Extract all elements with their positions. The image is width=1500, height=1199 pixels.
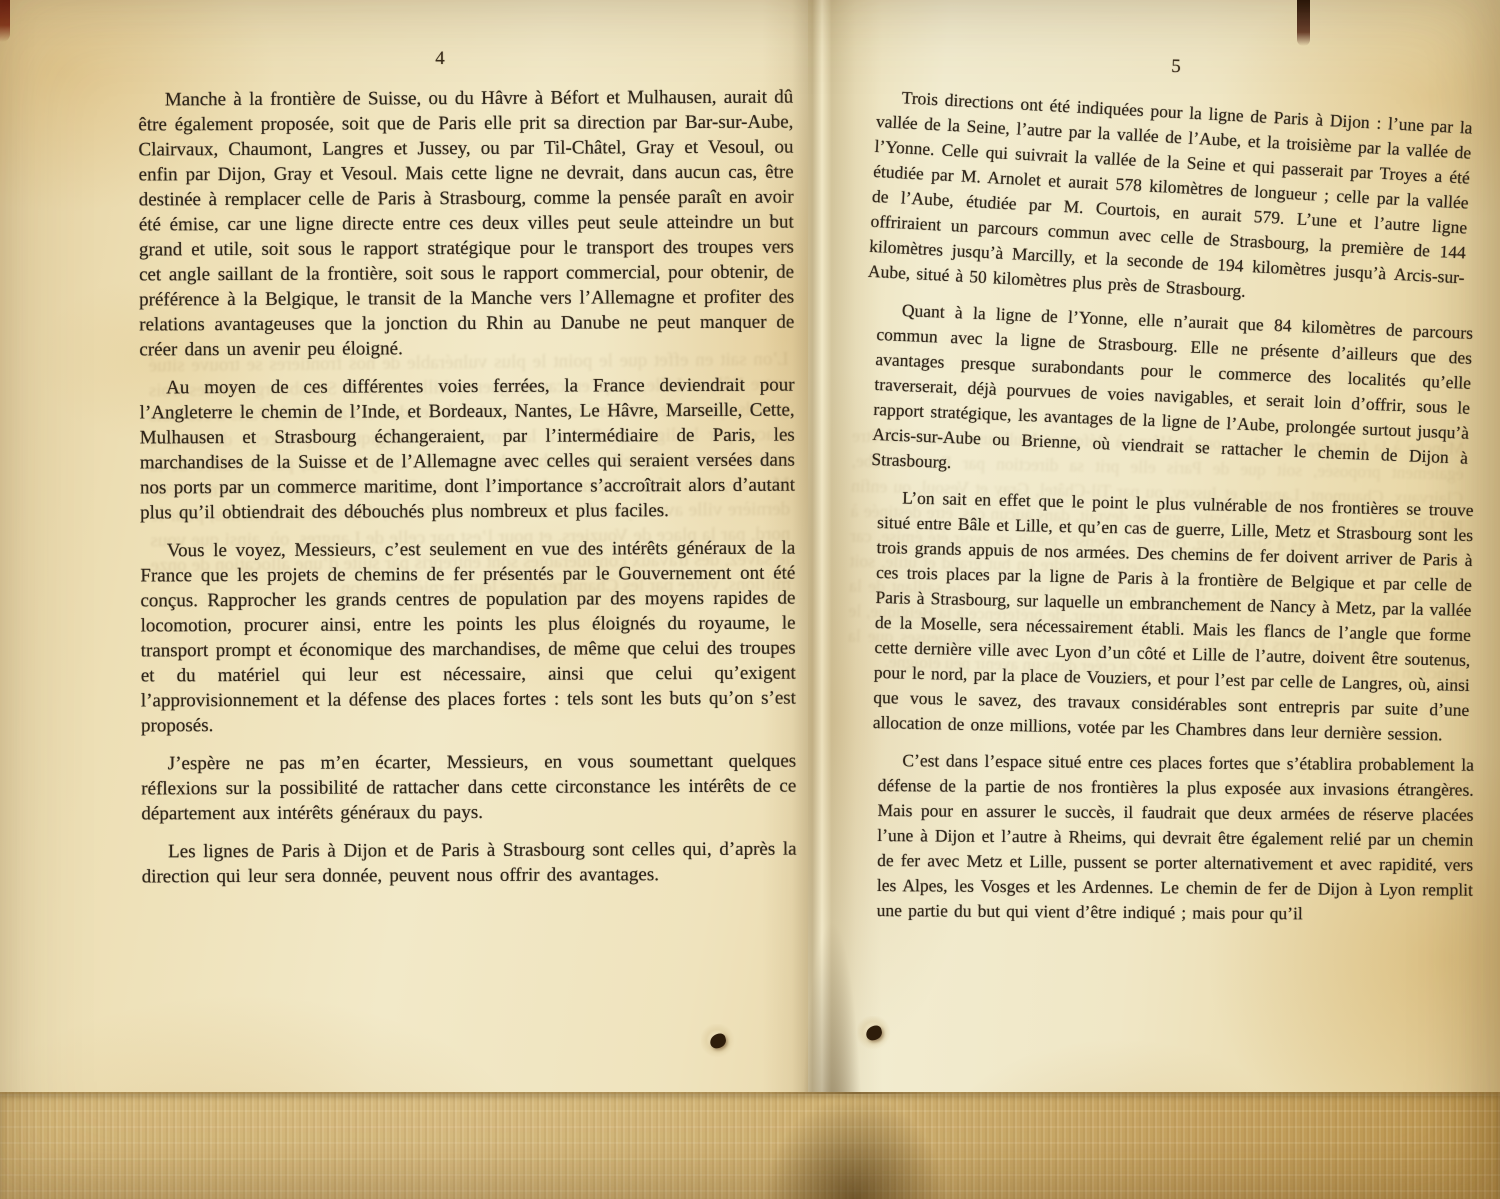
paragraph: Les lignes de Paris à Dijon et de Paris … [142, 837, 797, 890]
paragraph: J’espère ne pas m’en écarter, Messieurs,… [141, 749, 796, 827]
paragraph: Quant à la ligne de l’Yonne, elle n’aura… [871, 297, 1474, 496]
book-bottom-page-edges [0, 1092, 1500, 1199]
page-number-left: 4 [140, 48, 740, 70]
page-right: Manche à la frontière de Suisse, ou du H… [808, 0, 1500, 1199]
page-number-right: 5 [878, 48, 1474, 87]
paragraph: L’on sait en effet que le point le plus … [873, 485, 1474, 748]
page-right-text: Trois directions ont été indiquées pour … [878, 84, 1474, 936]
paragraph: C’est dans l’espace situé entre ces plac… [877, 748, 1474, 928]
photo-corner-mark [0, 0, 10, 42]
paragraph: Manche à la frontière de Suisse, ou du H… [138, 85, 794, 363]
paragraph: Trois directions ont été indiquées pour … [867, 84, 1473, 315]
paragraph: Au moyen de ces différentes voies ferrée… [139, 373, 795, 526]
top-edge-mark [1297, 0, 1310, 46]
book-photo: L’on sait en effet que le point le plus … [0, 0, 1500, 1199]
paragraph: Vous le voyez, Messieurs, c’est seulemen… [140, 536, 796, 739]
page-left-text: Manche à la frontière de Suisse, ou du H… [138, 85, 797, 903]
page-left: L’on sait en effet que le point le plus … [0, 0, 808, 1199]
